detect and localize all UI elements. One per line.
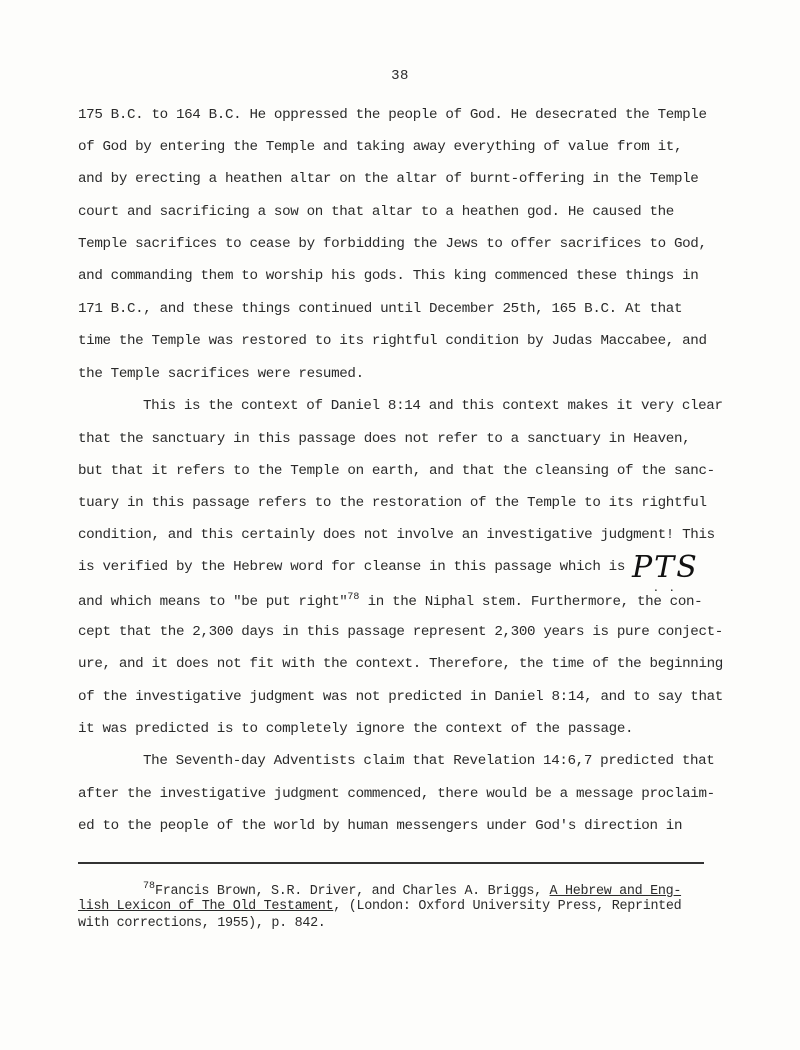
page-number: 38 — [0, 68, 800, 84]
text-line: the Temple sacrifices were resumed. — [78, 367, 364, 381]
text-line: and which means to "be put right"78 in t… — [78, 593, 702, 609]
footnote-line: lish Lexicon of The Old Testament, (Lond… — [78, 900, 681, 913]
footnote-number: 78 — [143, 881, 155, 892]
text-line: time the Temple was restored to its righ… — [78, 334, 707, 348]
text-line: but that it refers to the Temple on eart… — [78, 464, 715, 478]
text-line: and by erecting a heathen altar on the a… — [78, 172, 698, 186]
footnote-line: with corrections, 1955), p. 842. — [78, 917, 326, 930]
footnote-ref: 78 — [347, 592, 359, 603]
text-line: tuary in this passage refers to the rest… — [78, 496, 707, 510]
text-line: Temple sacrifices to cease by forbidding… — [78, 237, 707, 251]
text-line: cept that the 2,300 days in this passage… — [78, 625, 723, 639]
text-line: is verified by the Hebrew word for clean… — [78, 560, 625, 574]
text-line: of the investigative judgment was not pr… — [78, 690, 723, 704]
text-line: 171 B.C., and these things continued unt… — [78, 302, 682, 316]
footnote-divider — [78, 862, 704, 864]
text-line: ed to the people of the world by human m… — [78, 819, 682, 833]
text-line: ure, and it does not fit with the contex… — [78, 657, 723, 671]
citation-title: lish Lexicon of The Old Testament — [78, 899, 333, 914]
text-line: that the sanctuary in this passage does … — [78, 432, 690, 446]
text-line: court and sacrificing a sow on that alta… — [78, 205, 674, 219]
footnote-line: 78Francis Brown, S.R. Driver, and Charle… — [143, 882, 681, 898]
text-line: 175 B.C. to 164 B.C. He oppressed the pe… — [78, 108, 707, 122]
text-line: condition, and this certainly does not i… — [78, 528, 715, 542]
text-line: after the investigative judgment commenc… — [78, 787, 715, 801]
text-line: of God by entering the Temple and taking… — [78, 140, 682, 154]
citation-title: A Hebrew and Eng- — [550, 884, 682, 899]
text-line: it was predicted is to completely ignore… — [78, 722, 633, 736]
document-page: 38 175 B.C. to 164 B.C. He oppressed the… — [0, 0, 800, 1050]
text-line: This is the context of Daniel 8:14 and t… — [143, 399, 723, 413]
hebrew-word-handwritten: PTS.. . — [632, 550, 699, 585]
text-line: The Seventh-day Adventists claim that Re… — [143, 754, 714, 768]
text-line: and commanding them to worship his gods.… — [78, 269, 698, 283]
